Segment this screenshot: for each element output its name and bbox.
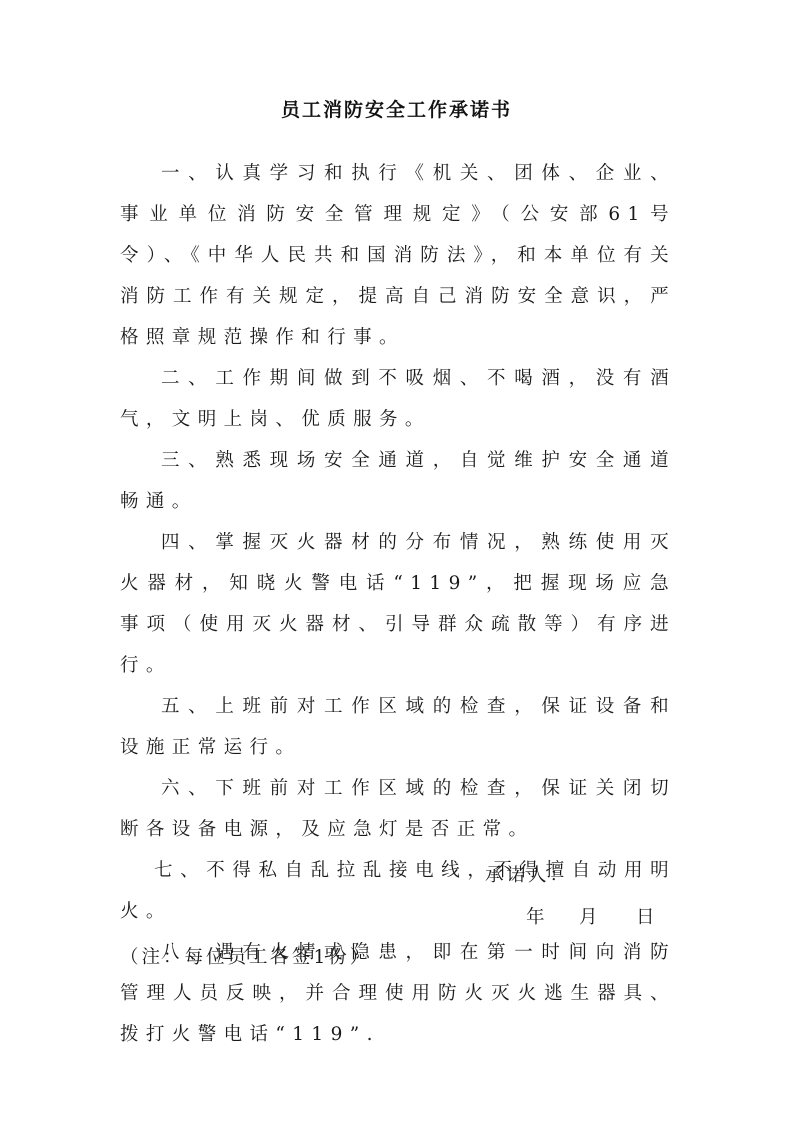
footnote: （注：每位员工各签1份） <box>120 944 371 972</box>
date-month-label: 月 <box>579 904 636 932</box>
document-page: 员工消防安全工作承诺书 一、认真学习和执行《机关、团体、企业、事业单位消防安全管… <box>0 0 793 1122</box>
signature-label: 承诺人： <box>485 862 571 890</box>
clause-4: 四、掌握灭火器材的分布情况，熟练使用灭火器材，知晓火警电话“119”，把握现场应… <box>120 522 676 686</box>
clause-3: 三、熟悉现场安全通道，自觉维护安全通道畅通。 <box>120 440 676 522</box>
clause-1: 一、认真学习和执行《机关、团体、企业、事业单位消防安全管理规定》（公安部61号令… <box>120 153 676 358</box>
clause-6: 六、下班前对工作区域的检查，保证关闭切断各设备电源，及应急灯是否正常。 <box>120 768 676 850</box>
date-day-label: 日 <box>636 904 655 932</box>
date-line: 年 月 日 <box>526 904 655 932</box>
document-title: 员工消防安全工作承诺书 <box>0 96 793 124</box>
clause-5: 五、上班前对工作区域的检查，保证设备和设施正常运行。 <box>120 686 676 768</box>
clause-2: 二、工作期间做到不吸烟、不喝酒，没有酒气，文明上岗、优质服务。 <box>120 358 676 440</box>
date-year-label: 年 <box>526 904 579 932</box>
